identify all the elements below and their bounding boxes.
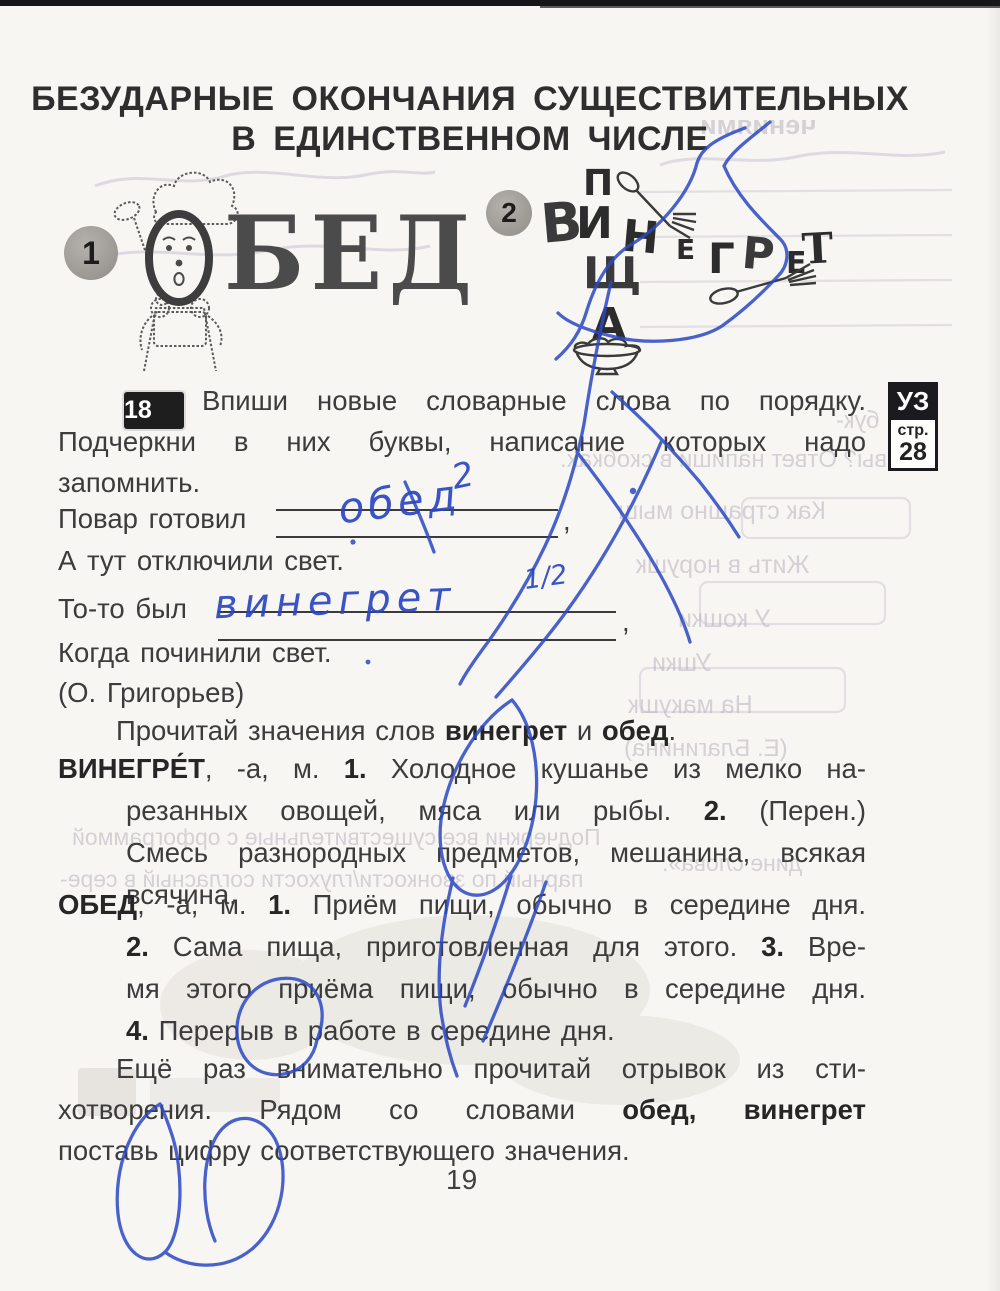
vinegret-letter: И [576, 202, 613, 246]
page-number: 19 [446, 1164, 477, 1196]
page-title-line2: В ЕДИНСТВЕННОМ ЧИСЛЕ [20, 120, 920, 159]
bleed-text: Жить в норушк [636, 551, 810, 580]
dict-vinegret-line: резанных овощей, мяса или рыбы. 2. (Пере… [126, 790, 866, 831]
badge-abbr: УЗ [888, 382, 938, 420]
badge-page-label: стр. [891, 422, 935, 439]
bowl-icon [570, 336, 648, 376]
dict-vinegret-line: Смесь разнородных предметов, мешанина, в… [126, 832, 866, 873]
dict-vinegret-line: ВИНЕГРЕ́Т, -а, м. 1. Холодное кушанье из… [58, 748, 866, 789]
bleed-text: У кошки [678, 605, 771, 634]
margin-reference-badge: УЗ стр. 28 [888, 382, 938, 471]
handwritten-answer-vinegret: винегрет [213, 574, 457, 628]
poem-line-1-punct: , [563, 505, 571, 537]
scan-edge [540, 6, 1000, 8]
dict-obed-line: 4. Перерыв в работе в середине дня. [126, 1010, 866, 1051]
badge-page-ref: 28 [891, 439, 935, 465]
reading-instruction: Прочитай значения слов винегрет и обед. [58, 710, 866, 751]
dict-obed-line: 2. Сама пища, приготовленная для этого. … [126, 926, 866, 967]
poem-line-3: То-то был [58, 588, 187, 629]
poem-line-2: А тут отключили свет. [58, 540, 344, 581]
dict-obed-line: мя этого приёма пищи, обычно в середине … [126, 968, 866, 1009]
exercise-line: 18Впиши новые словарные слова по порядку… [58, 380, 866, 421]
fork-icon [706, 256, 826, 308]
poem-line-1: Повар готовил [58, 498, 246, 539]
vinegret-letter: П [583, 166, 613, 202]
bleed-text: Ушки [652, 649, 712, 678]
vinegret-letter: Щ [583, 252, 641, 296]
poem-line-3-punct: , [622, 606, 630, 638]
page-title-line1: БЕЗУДАРНЫЕ ОКОНЧАНИЯ СУЩЕСТВИТЕЛЬНЫХ [20, 80, 920, 119]
handwritten-mark-half: 1/2 [522, 559, 569, 596]
word-number-circle-2: 2 [486, 190, 532, 236]
exercise-text: Впиши новые словарные слова по порядку. [202, 385, 866, 416]
fork-icon [612, 168, 707, 258]
poem-line-4: Когда починили свет. [58, 632, 332, 673]
dict-obed-line: ОБЕД, -а, м. 1. Приём пищи, обычно в сер… [58, 884, 866, 925]
final-instruction-line: Ещё раз внимательно прочитай отрывок из … [58, 1048, 866, 1089]
scanned-workbook-page: чениями бук- вы? Ответ напиши в скобках.… [0, 0, 1000, 1291]
obed-word-letters: БЕД [224, 208, 478, 300]
poem-author: (О. Григорьев) [58, 672, 244, 713]
final-instruction-line: хотворения. Рядом со словами обед, винег… [58, 1089, 866, 1130]
